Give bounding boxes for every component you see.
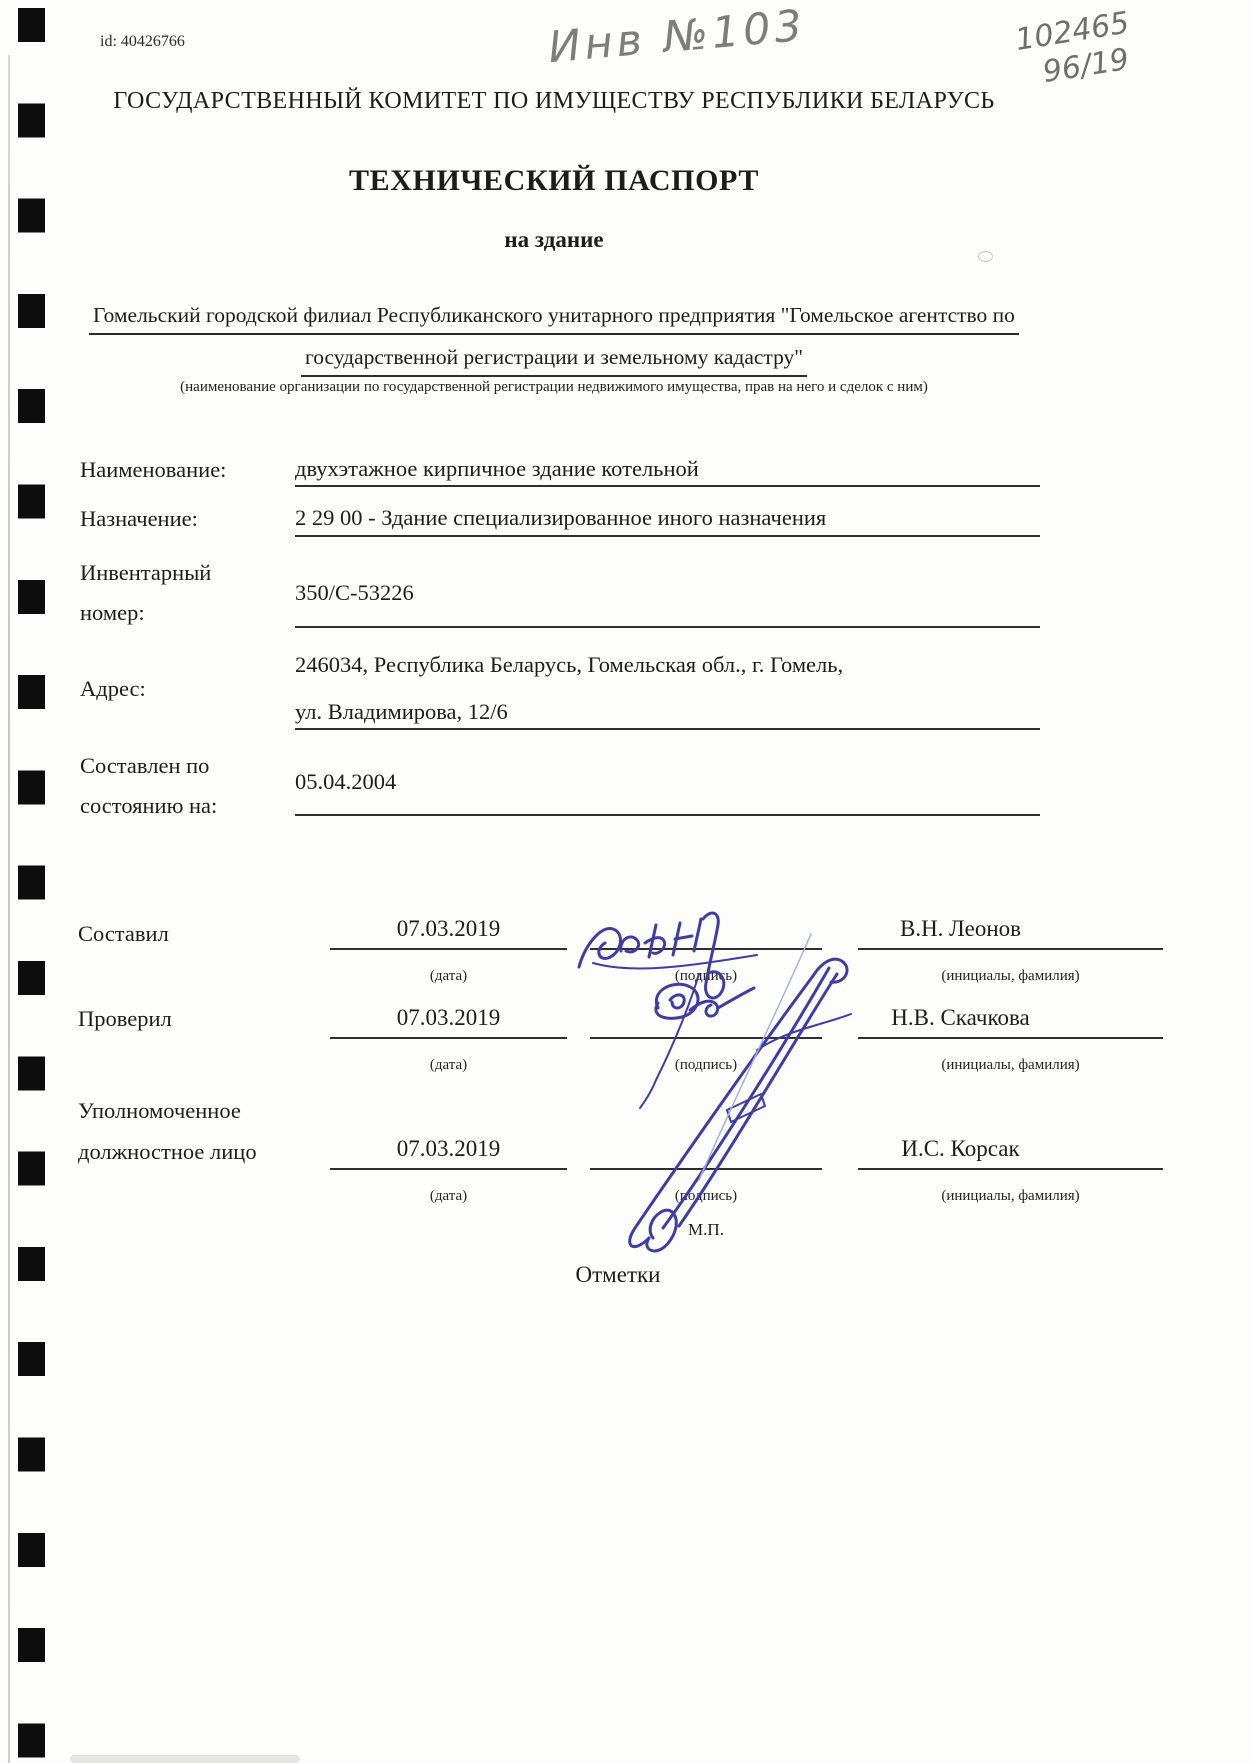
organization-name-line1: Гомельский городской филиал Республиканс…	[68, 303, 1040, 335]
signature-line-checker	[590, 1005, 822, 1039]
signature-role-official-line2: должностное лицо	[78, 1139, 257, 1165]
signature-ink-checker	[578, 972, 763, 1112]
signature-date-checker: 07.03.2019	[330, 1005, 567, 1039]
field-value-address-line1: 246034, Республика Беларусь, Гомельская …	[295, 652, 1040, 678]
agency-header: ГОСУДАРСТВЕННЫЙ КОМИТЕТ ПО ИМУЩЕСТВУ РЕС…	[68, 88, 1040, 115]
field-label-inventory-line1: Инвентарный	[80, 560, 211, 586]
document-title: ТЕХНИЧЕСКИЙ ПАСПОРТ	[68, 164, 1040, 198]
caption-date: (дата)	[330, 968, 567, 985]
caption-date: (дата)	[330, 1057, 567, 1074]
document-subtitle: на здание	[68, 227, 1040, 253]
field-value-address-line2: ул. Владимирова, 12/6	[295, 699, 1040, 730]
handwritten-inventory-note: Инв №103	[546, 1, 807, 73]
caption-name: (инициалы, фамилия)	[858, 1057, 1163, 1074]
field-label-address: Адрес:	[80, 676, 146, 702]
signature-role-compiler: Составил	[78, 921, 169, 947]
marks-heading: Отметки	[68, 1262, 1168, 1288]
signature-line-official	[590, 1136, 822, 1170]
scanned-document-page: id: 40426766 Инв №103 102465 96/19 ГОСУД…	[0, 0, 1254, 1763]
field-label-inventory-line2: номер:	[80, 600, 145, 626]
signature-role-official-line1: Уполномоченное	[78, 1098, 241, 1124]
caption-name: (инициалы, фамилия)	[858, 968, 1163, 985]
caption-name: (инициалы, фамилия)	[858, 1188, 1163, 1205]
field-value-inventory: 350/С-53226	[295, 580, 1040, 628]
caption-sign: (подпись)	[590, 1188, 822, 1205]
signature-role-checker: Проверил	[78, 1006, 172, 1032]
organization-name-line2: государственной регистрации и земельному…	[68, 345, 1040, 377]
signature-date-compiler: 07.03.2019	[330, 916, 567, 950]
caption-date: (дата)	[330, 1188, 567, 1205]
scan-artifact	[978, 251, 993, 262]
caption-sign: (подпись)	[590, 968, 822, 985]
caption-sign: (подпись)	[590, 1057, 822, 1074]
organization-caption: (наименование организации по государстве…	[68, 379, 1040, 396]
signature-ink-compiler	[575, 895, 785, 1010]
signature-date-official: 07.03.2019	[330, 1136, 567, 1170]
field-value-compiled-date: 05.04.2004	[295, 769, 1040, 816]
stamp-place-label: М.П.	[590, 1220, 822, 1240]
binding-holes	[18, 8, 45, 1758]
signature-name-checker: Н.В. Скачкова	[858, 1005, 1163, 1039]
field-label-compiled-line1: Составлен по	[80, 753, 209, 779]
field-label-name: Наименование:	[80, 457, 226, 483]
field-label-purpose: Назначение:	[80, 506, 198, 532]
field-value-name: двухэтажное кирпичное здание котельной	[295, 456, 1040, 487]
field-label-compiled-line2: состоянию на:	[80, 793, 217, 819]
field-value-purpose: 2 29 00 - Здание специализированное иног…	[295, 505, 1040, 537]
paper-edge-shadow	[8, 55, 10, 1763]
signature-line-compiler	[590, 916, 822, 950]
signature-name-official: И.С. Корсак	[858, 1136, 1163, 1170]
handwritten-numbers: 102465 96/19	[1013, 5, 1137, 94]
scan-artifact	[70, 1755, 300, 1763]
scan-id-label: id: 40426766	[100, 33, 185, 51]
signature-name-compiler: В.Н. Леонов	[858, 916, 1163, 950]
